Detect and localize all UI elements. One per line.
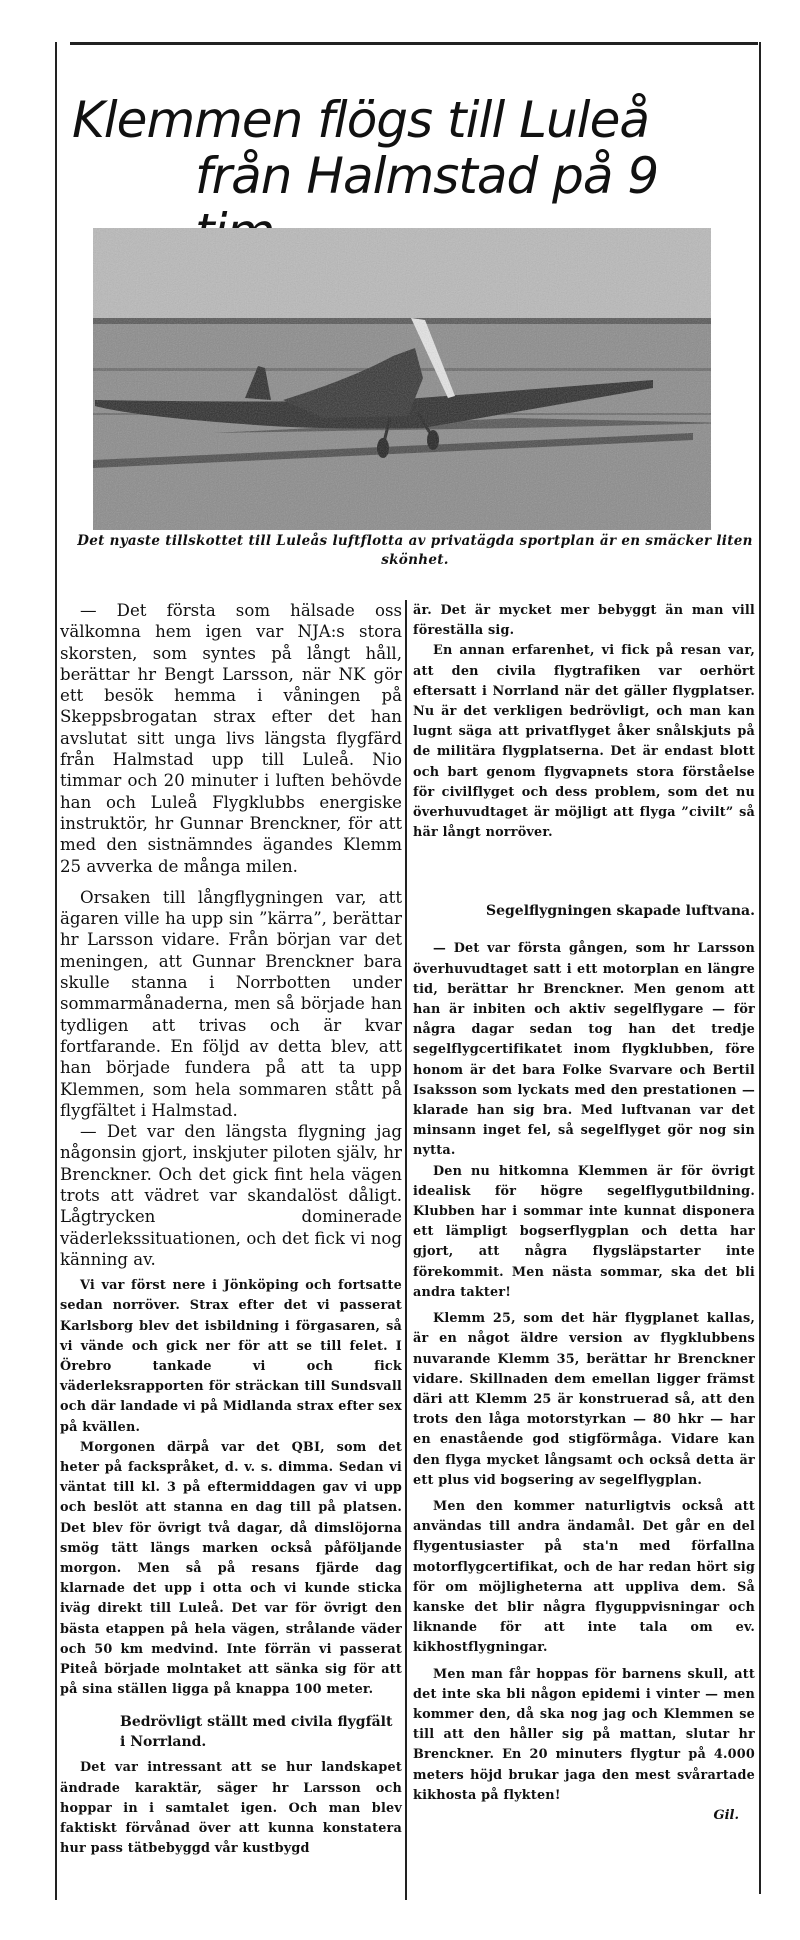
paragraph: Det var intressant att se hur landskapet… <box>60 1758 402 1859</box>
headline-line-1: Klemmen flögs till Luleå <box>70 92 760 148</box>
paragraph: En annan erfarenhet, vi fick på resan va… <box>413 641 755 843</box>
paragraph: — Det var första gången, som hr Larsson … <box>413 939 755 1161</box>
right-border <box>759 42 761 1894</box>
subheading-gliding: Segelflygningen skapade luftvana. <box>413 901 755 921</box>
paragraph: Den nu hitkomna Klemmen är för övrigt id… <box>413 1162 755 1303</box>
paragraph: Klemm 25, som det här flygplanet kallas,… <box>413 1309 755 1491</box>
paragraph: Orsaken till långflygningen var, att äga… <box>60 887 402 1121</box>
paragraph: Morgonen därpå var det QBI, som det hete… <box>60 1438 402 1701</box>
paragraph: Men man får hoppas för barnens skull, at… <box>413 1665 755 1806</box>
airplane-photo <box>93 228 711 530</box>
subheading-civil-airfields: Bedrövligt ställt med civila flygfält i … <box>60 1712 402 1752</box>
left-border <box>55 42 57 1900</box>
airplane-photo-icon <box>93 228 711 530</box>
paragraph: Men den kommer naturligtvis också att an… <box>413 1497 755 1659</box>
paragraph: Vi var först nere i Jönköping och fortsa… <box>60 1276 402 1438</box>
top-rule <box>70 42 758 45</box>
paragraph: är. Det är mycket mer bebyggt än man vil… <box>413 601 755 641</box>
paragraph: — Det första som hälsade oss välkomna he… <box>60 600 402 877</box>
column-divider <box>405 600 407 1900</box>
photo-caption: Det nyaste tillskottet till Luleås luftf… <box>75 532 755 570</box>
right-column: är. Det är mycket mer bebyggt än man vil… <box>413 601 755 1823</box>
author-signature: Gil. <box>413 1808 739 1823</box>
paragraph: — Det var den längsta flygning jag någon… <box>60 1121 402 1270</box>
left-column: — Det första som hälsade oss välkomna he… <box>60 600 402 1859</box>
